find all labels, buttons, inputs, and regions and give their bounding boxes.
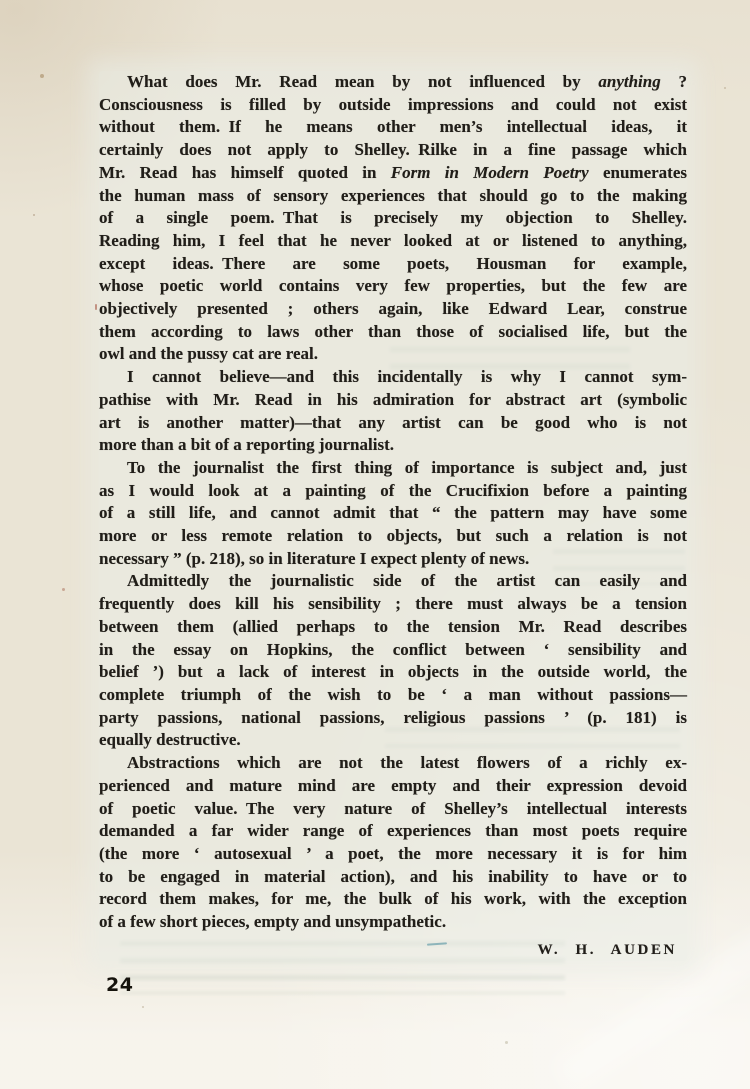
text-line: in the essay on Hopkins, the conflict be…: [99, 639, 687, 662]
text-line: Consciousness is filled by outside impre…: [99, 94, 687, 117]
text-line: Mr. Read has himself quoted in Form in M…: [99, 162, 687, 185]
text-line: I cannot believe—and this incidentally i…: [99, 366, 687, 389]
text-line: of a still life, and cannot admit that “…: [99, 502, 687, 525]
text-block: What does Mr. Read mean by not influence…: [99, 71, 687, 961]
text-line: Admittedly the journalistic side of the …: [99, 570, 687, 593]
text-line: of poetic value. The very nature of Shel…: [99, 798, 687, 821]
text-line: What does Mr. Read mean by not influence…: [99, 71, 687, 94]
paper-speck: [95, 304, 97, 310]
text-line: except ideas. There are some poets, Hous…: [99, 253, 687, 276]
paragraph: I cannot believe—and this incidentally i…: [99, 366, 687, 457]
text-line: as I would look at a painting of the Cru…: [99, 480, 687, 503]
paper-speck: [142, 1006, 144, 1008]
paper-speck: [40, 74, 44, 78]
text-line: of a single poem. That is precisely my o…: [99, 207, 687, 230]
text-line: without them. If he means other men’s in…: [99, 116, 687, 139]
text-line: necessary ” (p. 218), so in literature I…: [99, 548, 687, 571]
text-line: objectively presented ; others again, li…: [99, 298, 687, 321]
text-line: belief ’) but a lack of interest in obje…: [99, 661, 687, 684]
text-line: demanded a far wider range of experience…: [99, 820, 687, 843]
paragraph: Abstractions which are not the latest fl…: [99, 752, 687, 934]
paper-speck: [62, 588, 65, 591]
paper-speck: [505, 1041, 508, 1044]
text-line: equally destructive.: [99, 729, 687, 752]
text-line: perienced and mature mind are empty and …: [99, 775, 687, 798]
text-line: more or less remote relation to objects,…: [99, 525, 687, 548]
book-page-scan: { "colors":{ "paper":"#eae4d5", "ink":"#…: [0, 0, 750, 1089]
text-line: complete triumph of the wish to be ‘ a m…: [99, 684, 687, 707]
text-line: frequently does kill his sensibility ; t…: [99, 593, 687, 616]
paper-speck: [724, 87, 726, 89]
paragraph: What does Mr. Read mean by not influence…: [99, 71, 687, 366]
text-line: between them (allied perhaps to the tens…: [99, 616, 687, 639]
text-line: whose poetic world contains very few pro…: [99, 275, 687, 298]
text-line: record them makes, for me, the bulk of h…: [99, 888, 687, 911]
text-line: art is another matter)—that any artist c…: [99, 412, 687, 435]
text-line: more than a bit of a reporting journalis…: [99, 434, 687, 457]
author-signature: W. H. AUDEN: [99, 939, 687, 962]
text-line: the human mass of sensory experiences th…: [99, 185, 687, 208]
text-line: certainly does not apply to Shelley. Ril…: [99, 139, 687, 162]
paper-speck: [33, 214, 35, 216]
paragraph: To the journalist the first thing of imp…: [99, 457, 687, 571]
text-line: pathise with Mr. Read in his admiration …: [99, 389, 687, 412]
text-line: Abstractions which are not the latest fl…: [99, 752, 687, 775]
text-line: to be engaged in material action), and h…: [99, 866, 687, 889]
text-line: party passions, national passions, relig…: [99, 707, 687, 730]
text-line: To the journalist the first thing of imp…: [99, 457, 687, 480]
text-line: (the more ‘ autosexual ’ a poet, the mor…: [99, 843, 687, 866]
text-line: Reading him, I feel that he never looked…: [99, 230, 687, 253]
text-line: of a few short pieces, empty and unsympa…: [99, 911, 687, 934]
page-number: 24: [106, 974, 133, 996]
text-line: owl and the pussy cat are real.: [99, 343, 687, 366]
paragraph: Admittedly the journalistic side of the …: [99, 570, 687, 752]
text-line: them according to laws other than those …: [99, 321, 687, 344]
